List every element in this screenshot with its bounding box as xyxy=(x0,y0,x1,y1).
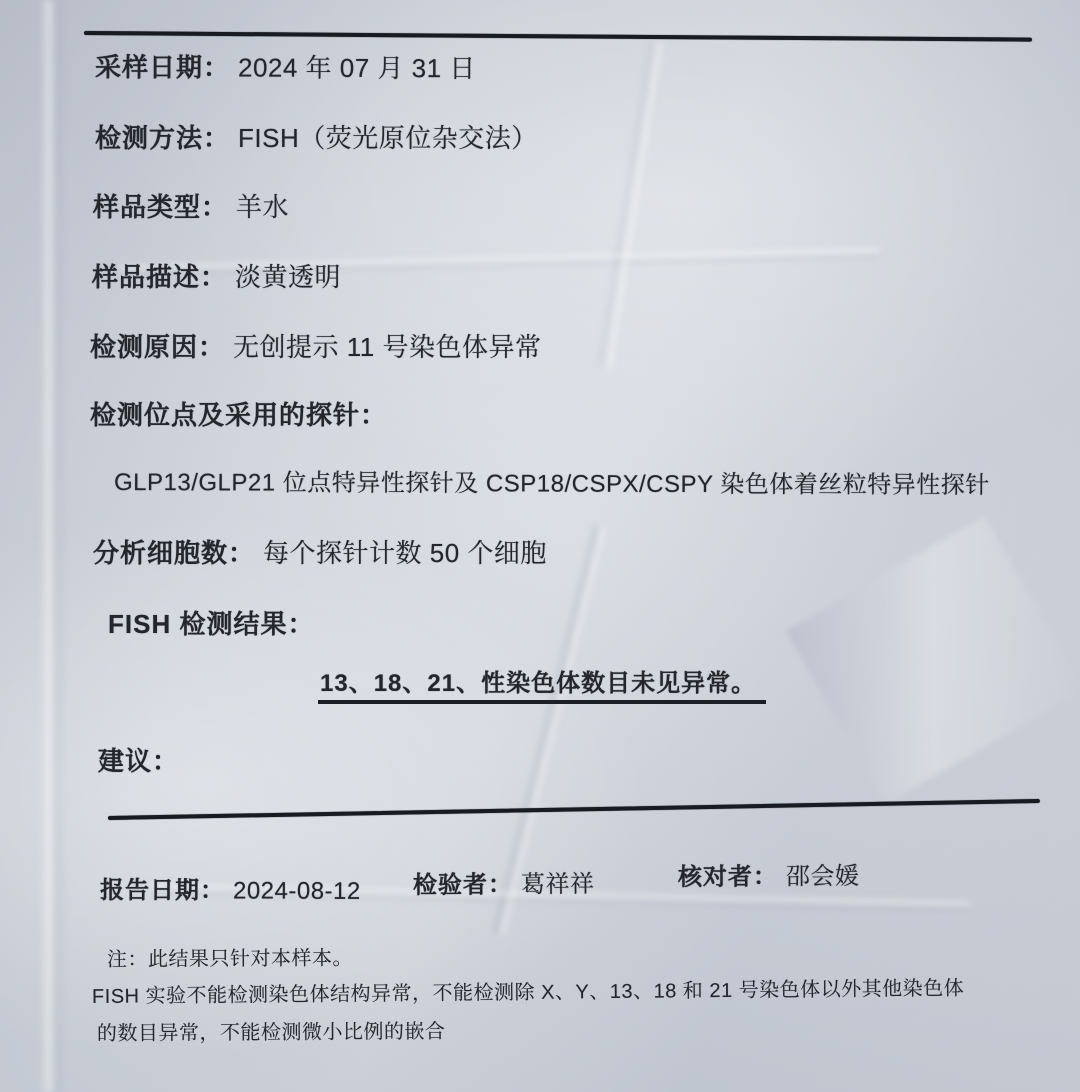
field-row-sampling-date: 采样日期：2024 年 07 月 31 日 xyxy=(95,50,476,85)
method-value: FISH（荧光原位杂交法） xyxy=(238,123,538,153)
reviewer-row: 核对者：邵会媛 xyxy=(678,860,860,895)
field-row-sample-type: 样品类型：羊水 xyxy=(93,190,289,224)
reviewer-label: 核对者： xyxy=(678,863,778,891)
inspector-name: 葛祥祥 xyxy=(521,871,595,898)
sample-type-label: 样品类型： xyxy=(93,192,228,222)
note-line-1: 注：此结果只针对本样本。 xyxy=(107,945,353,973)
note-line-3: 的数目异常，不能检测微小比例的嵌合 xyxy=(97,1019,446,1047)
report-date-label: 报告日期： xyxy=(100,877,225,904)
sampling-date-label: 采样日期： xyxy=(95,52,230,82)
cell-count-label: 分析细胞数： xyxy=(93,538,255,568)
method-label: 检测方法： xyxy=(95,123,230,153)
report-date-value: 2024-08-12 xyxy=(233,877,361,904)
result-header: FISH 检测结果： xyxy=(108,607,314,641)
result-value: 13、18、21、性染色体数目未见异常。 xyxy=(318,670,766,704)
cell-count-value: 每个探针计数 50 个细胞 xyxy=(263,538,547,568)
suggestion-row: 建议： xyxy=(98,744,179,778)
field-row-reason: 检测原因：无创提示 11 号染色体异常 xyxy=(90,330,541,364)
field-row-method: 检测方法：FISH（荧光原位杂交法） xyxy=(95,121,538,155)
report-photo: { "paper": { "bg": "#d3d8e0", "ink": "#2… xyxy=(0,0,1080,1092)
report-date-row: 报告日期：2024-08-12 xyxy=(100,874,361,909)
sample-desc-label: 样品描述： xyxy=(92,262,227,292)
sample-type-value: 羊水 xyxy=(236,192,289,222)
inspector-label: 检验者： xyxy=(413,871,513,899)
result-line: 13、18、21、性染色体数目未见异常。 xyxy=(318,665,766,701)
reason-value: 无创提示 11 号染色体异常 xyxy=(233,332,541,362)
field-row-probes-header: 检测位点及采用的探针： xyxy=(90,398,387,432)
inspector-row: 检验者：葛祥祥 xyxy=(413,868,595,903)
sampling-date-value: 2024 年 07 月 31 日 xyxy=(238,52,476,83)
result-header-label: FISH 检测结果： xyxy=(108,609,314,639)
suggestion-label: 建议： xyxy=(98,746,179,776)
field-row-cell-count: 分析细胞数：每个探针计数 50 个细胞 xyxy=(93,536,547,570)
sample-desc-value: 淡黄透明 xyxy=(235,262,341,292)
probes-line: GLP13/GLP21 位点特异性探针及 CSP18/CSPX/CSPY 染色体… xyxy=(114,466,990,503)
reason-label: 检测原因： xyxy=(90,332,225,362)
field-row-sample-desc: 样品描述：淡黄透明 xyxy=(92,260,341,294)
reviewer-name: 邵会媛 xyxy=(786,863,860,890)
probes-header-label: 检测位点及采用的探针： xyxy=(90,400,387,430)
